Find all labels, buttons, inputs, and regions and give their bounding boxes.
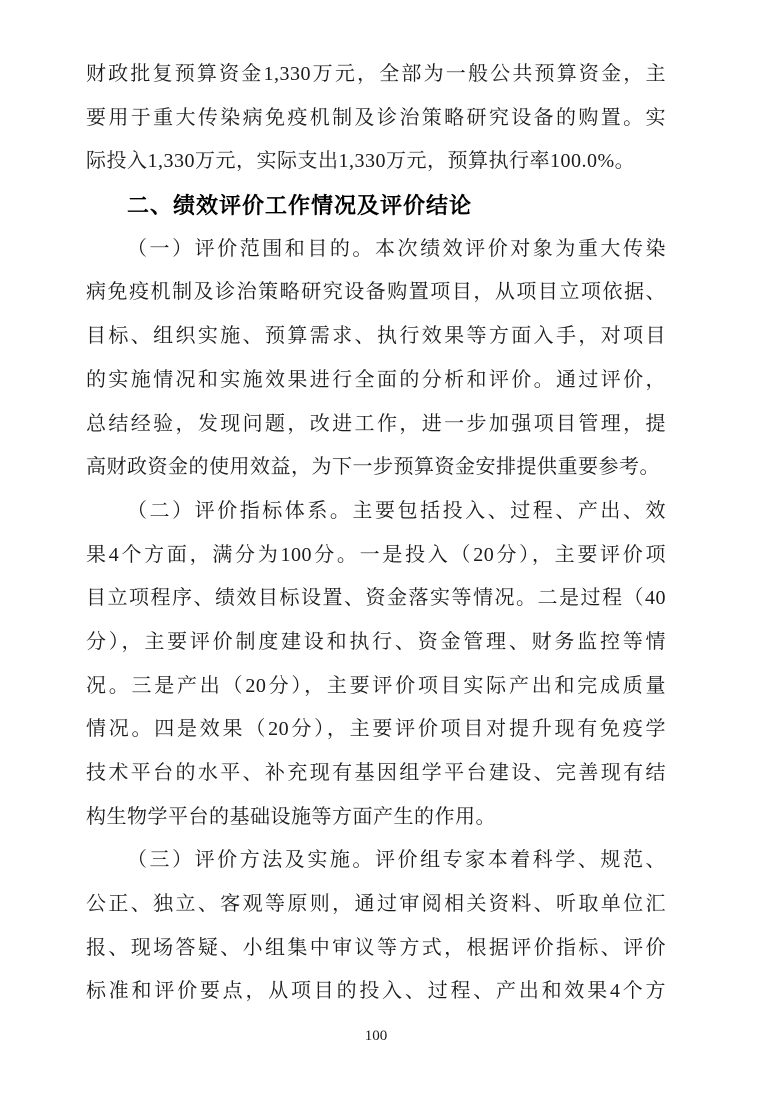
text-line: 际投入1,330万元，实际支出1,330万元，预算执行率100.0%。 [86, 140, 666, 184]
text-line: 财政批复预算资金1,330万元，全部为一般公共预算资金，主 [86, 53, 666, 97]
text-line: 技术平台的水平、补充现有基因组学平台建设、完善现有结 [86, 752, 666, 796]
text-line: （二）评价指标体系。主要包括投入、过程、产出、效 [86, 490, 666, 534]
page-number: 100 [86, 1026, 666, 1046]
text-line: 目立项程序、绩效目标设置、资金落实等情况。二是过程（40 [86, 577, 666, 621]
text-line: 目标、组织实施、预算需求、执行效果等方面入手，对项目 [86, 315, 666, 359]
text-line: 况。三是产出（20分），主要评价项目实际产出和完成质量 [86, 665, 666, 709]
text-line: 标准和评价要点，从项目的投入、过程、产出和效果4个方 [86, 970, 666, 1014]
text-line: 构生物学平台的基础设施等方面产生的作用。 [86, 796, 666, 840]
document-page: 财政批复预算资金1,330万元，全部为一般公共预算资金，主要用于重大传染病免疫机… [0, 0, 758, 1100]
text-line: 病免疫机制及诊治策略研究设备购置项目，从项目立项依据、 [86, 271, 666, 315]
document-body: 财政批复预算资金1,330万元，全部为一般公共预算资金，主要用于重大传染病免疫机… [86, 53, 666, 1014]
text-line: （一）评价范围和目的。本次绩效评价对象为重大传染 [86, 228, 666, 272]
text-line: 总结经验，发现问题，改进工作，进一步加强项目管理，提 [86, 403, 666, 447]
text-line: 公正、独立、客观等原则，通过审阅相关资料、听取单位汇 [86, 883, 666, 927]
text-line: 报、现场答疑、小组集中审议等方式，根据评价指标、评价 [86, 927, 666, 971]
text-line: 的实施情况和实施效果进行全面的分析和评价。通过评价， [86, 359, 666, 403]
text-line: 果4个方面，满分为100分。一是投入（20分），主要评价项 [86, 534, 666, 578]
text-line: 高财政资金的使用效益，为下一步预算资金安排提供重要参考。 [86, 446, 666, 490]
text-line: 要用于重大传染病免疫机制及诊治策略研究设备的购置。实 [86, 97, 666, 141]
section-heading: 二、绩效评价工作情况及评价结论 [86, 184, 666, 228]
text-line: 分），主要评价制度建设和执行、资金管理、财务监控等情 [86, 621, 666, 665]
text-line: （三）评价方法及实施。评价组专家本着科学、规范、 [86, 839, 666, 883]
text-line: 情况。四是效果（20分），主要评价项目对提升现有免疫学 [86, 708, 666, 752]
